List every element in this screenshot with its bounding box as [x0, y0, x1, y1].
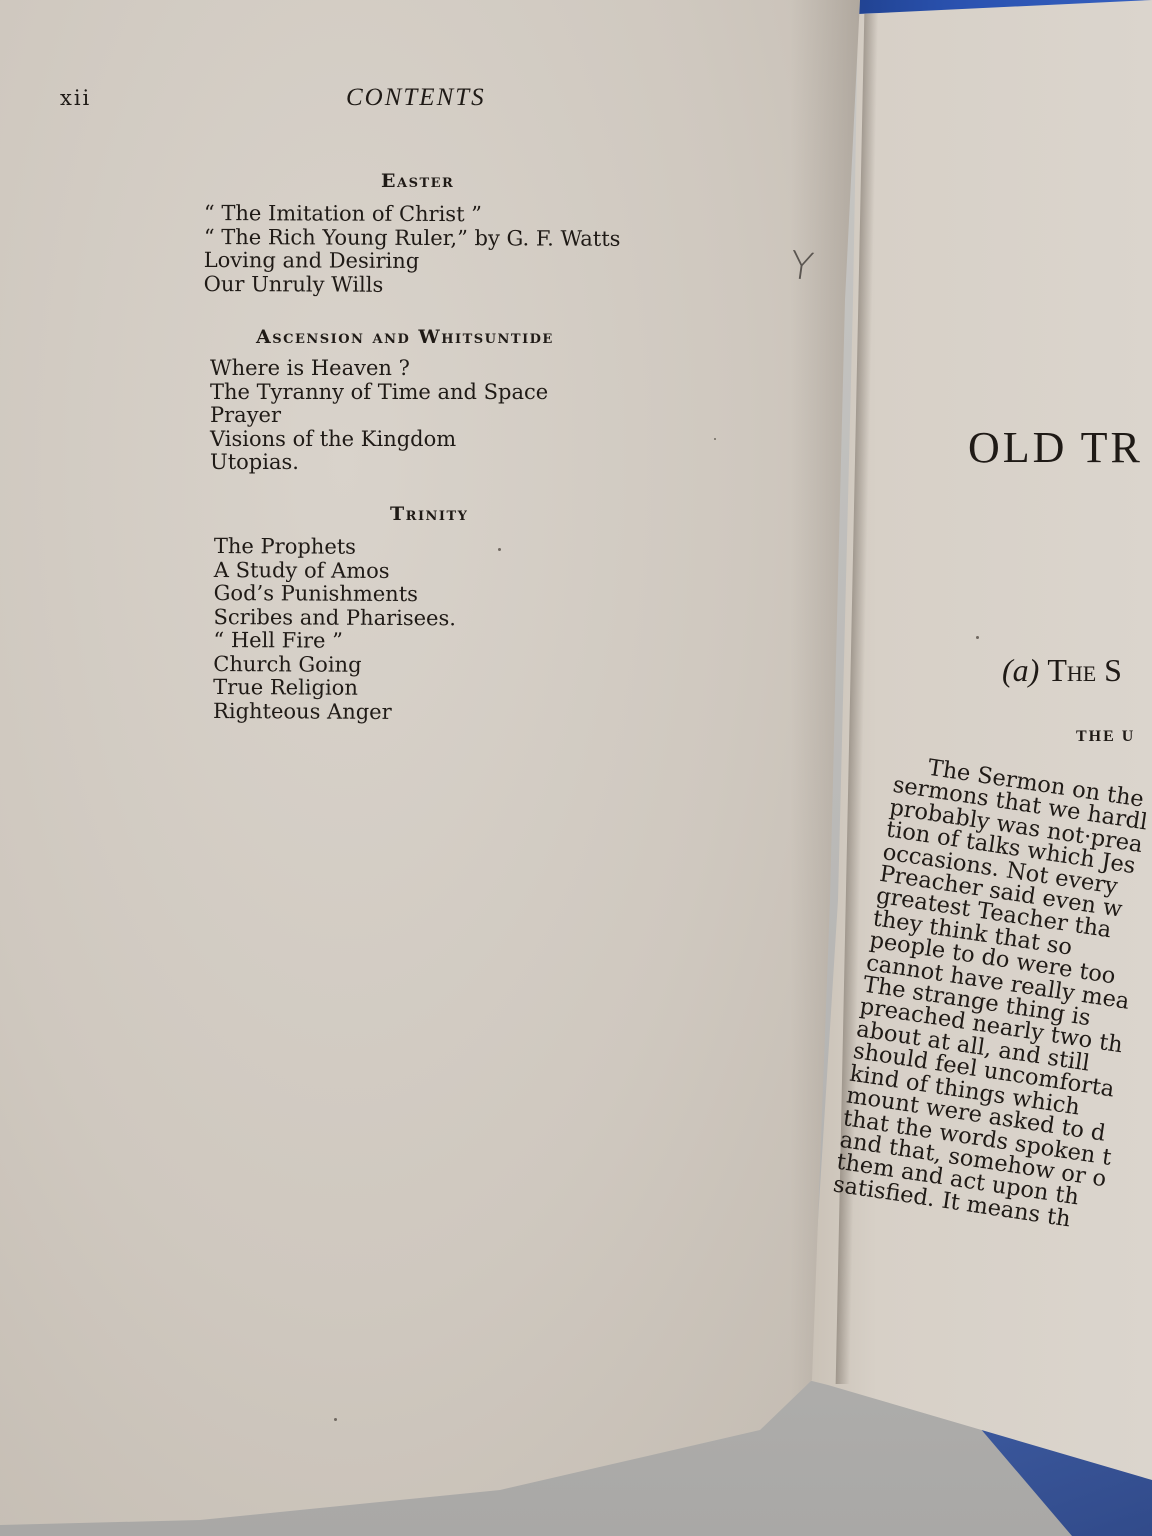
- contents-entry: “ The Rich Young Ruler,” by G. F. Watts: [204, 225, 621, 250]
- paper-speck: [976, 636, 979, 639]
- section-entries-trinity: The Prophets A Study of Amos God’s Punis…: [213, 535, 456, 724]
- chapter-title: (a) The S: [1002, 652, 1122, 689]
- section-entries-easter: “ The Imitation of Christ ” “ The Rich Y…: [204, 202, 621, 298]
- contents-entry: “ The Imitation of Christ ”: [204, 202, 621, 227]
- contents-entry: Righteous Anger: [213, 699, 456, 724]
- contents-entry: Visions of the Kingdom: [210, 428, 548, 452]
- contents-entry: Where is Heaven ?: [210, 357, 548, 381]
- contents-entry: Church Going: [213, 652, 456, 677]
- contents-entry: The Prophets: [214, 535, 457, 560]
- paper-speck: [498, 548, 501, 551]
- section-heading-easter: Easter: [381, 170, 454, 192]
- sermon-heading: THE U: [1076, 728, 1135, 746]
- contents-entry: True Religion: [213, 676, 456, 701]
- contents-entry: A Study of Amos: [214, 558, 457, 583]
- running-head: CONTENTS: [346, 84, 486, 112]
- contents-entry: “ Hell Fire ”: [213, 629, 456, 654]
- section-heading-ascension: Ascension and Whitsuntide: [256, 326, 554, 348]
- contents-entry: Our Unruly Wills: [204, 272, 621, 297]
- chapter-label: (a): [1002, 652, 1039, 688]
- chapter-title-text: The S: [1047, 652, 1122, 688]
- contents-entry: Utopias.: [210, 451, 548, 475]
- page-number: xii: [60, 86, 91, 110]
- contents-entry: Scribes and Pharisees.: [214, 605, 457, 630]
- contents-entry: God’s Punishments: [214, 582, 457, 607]
- section-heading-trinity: Trinity: [390, 503, 468, 525]
- paper-speck: [334, 1418, 337, 1421]
- contents-entry: Prayer: [210, 404, 548, 428]
- contents-entry: The Tyranny of Time and Space: [210, 381, 548, 405]
- section-entries-ascension: Where is Heaven ? The Tyranny of Time an…: [210, 357, 548, 475]
- paper-speck: [714, 438, 716, 440]
- contents-entry: Loving and Desiring: [204, 249, 621, 274]
- part-title: OLD TR: [968, 422, 1143, 473]
